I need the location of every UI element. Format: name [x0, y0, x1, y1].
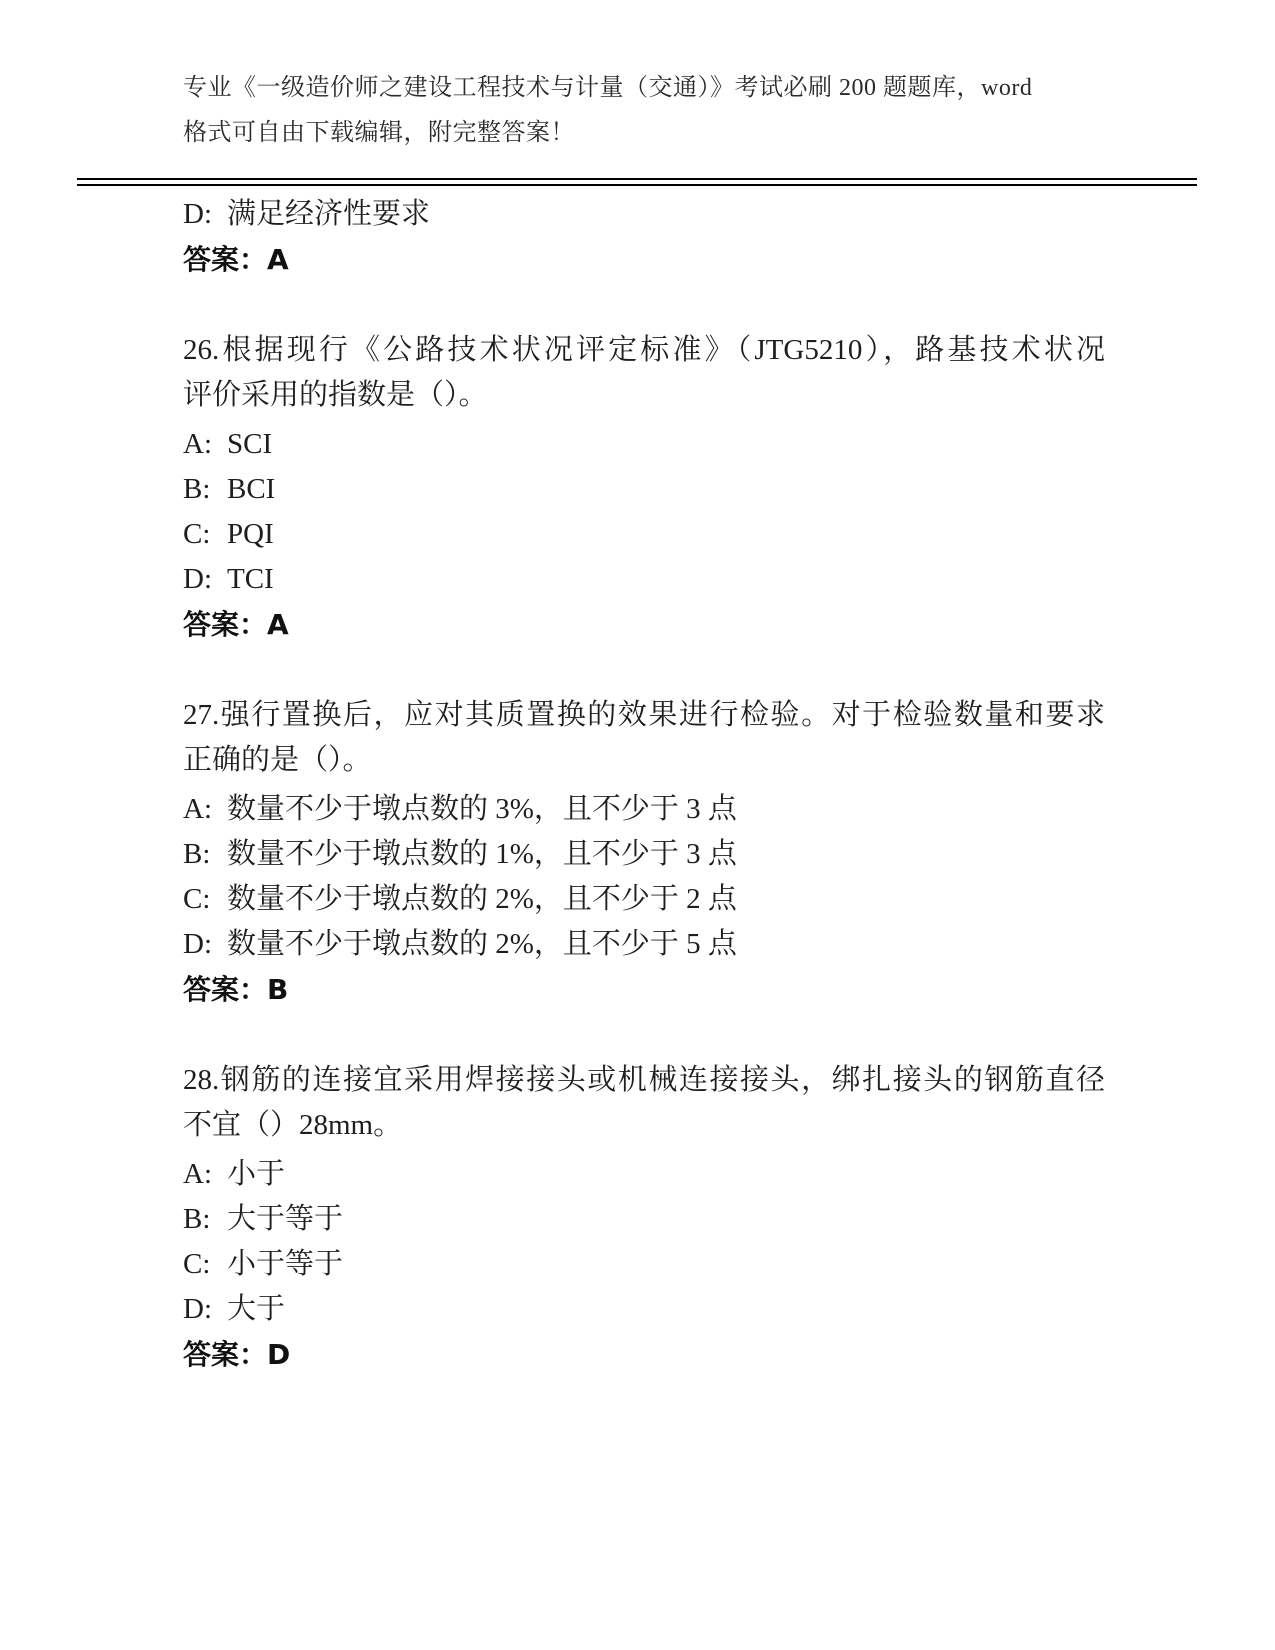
carryover-option-d: D:满足经济性要求: [183, 192, 1105, 237]
option-label: D:: [183, 922, 227, 967]
carryover-answer: 答案：A: [183, 237, 1105, 282]
option-a: A:数量不少于墩点数的 3%，且不少于 3 点: [183, 787, 1105, 832]
option-a: A:SCI: [183, 422, 1105, 467]
question-28-options: A:小于 B:大于等于 C:小于等于 D:大于: [183, 1152, 1105, 1332]
option-label: C:: [183, 877, 227, 922]
option-d: D:大于: [183, 1287, 1105, 1332]
option-label: C:: [183, 512, 227, 557]
answer-value: B: [267, 973, 288, 1006]
answer-value: D: [267, 1338, 290, 1371]
question-text-line-1: 27.强行置换后，应对其质置换的效果进行检验。对于检验数量和要求: [183, 693, 1105, 738]
option-b: B:大于等于: [183, 1197, 1105, 1242]
option-label: A:: [183, 787, 227, 832]
question-text-line-2: 评价采用的指数是（）。: [183, 373, 1105, 418]
question-text-line-2: 正确的是（）。: [183, 738, 1105, 783]
option-text: 数量不少于墩点数的 1%，且不少于 3 点: [227, 838, 737, 870]
question-28: 28.钢筋的连接宜采用焊接接头或机械连接接头，绑扎接头的钢筋直径 不宜（）28m…: [183, 1058, 1105, 1377]
option-label: A:: [183, 422, 227, 467]
option-d: D:数量不少于墩点数的 2%，且不少于 5 点: [183, 922, 1105, 967]
answer-value: A: [267, 243, 289, 276]
option-label: D:: [183, 192, 227, 237]
option-c: C:小于等于: [183, 1242, 1105, 1287]
question-26: 26.根据现行《公路技术状况评定标准》（JTG5210），路基技术状况 评价采用…: [183, 328, 1105, 647]
option-text: PQI: [227, 518, 274, 550]
question-text-line-1: 26.根据现行《公路技术状况评定标准》（JTG5210），路基技术状况: [183, 328, 1105, 373]
header-text-line-2: 格式可自由下载编辑，附完整答案！: [183, 111, 1013, 156]
option-label: D:: [183, 557, 227, 602]
header-text-line-1: 专业《一级造价师之建设工程技术与计量（交通）》考试必刷 200 题题库，word: [183, 66, 1013, 111]
option-a: A:小于: [183, 1152, 1105, 1197]
option-c: C:数量不少于墩点数的 2%，且不少于 2 点: [183, 877, 1105, 922]
answer-prefix: 答案：: [183, 1338, 267, 1371]
option-text: 数量不少于墩点数的 2%，且不少于 5 点: [227, 928, 737, 960]
question-26-answer: 答案：A: [183, 602, 1105, 647]
option-text: 数量不少于墩点数的 2%，且不少于 2 点: [227, 883, 737, 915]
option-label: B:: [183, 467, 227, 512]
option-label: C:: [183, 1242, 227, 1287]
option-text: BCI: [227, 473, 275, 505]
document-page: 专业《一级造价师之建设工程技术与计量（交通）》考试必刷 200 题题库，word…: [0, 0, 1275, 1650]
option-label: A:: [183, 1152, 227, 1197]
document-body: D:满足经济性要求 答案：A 26.根据现行《公路技术状况评定标准》（JTG52…: [183, 192, 1105, 1377]
option-text: 大于等于: [227, 1203, 343, 1235]
question-text-line-2: 不宜（）28mm。: [183, 1103, 1105, 1148]
question-27: 27.强行置换后，应对其质置换的效果进行检验。对于检验数量和要求 正确的是（）。…: [183, 693, 1105, 1012]
option-label: D:: [183, 1287, 227, 1332]
answer-prefix: 答案：: [183, 243, 267, 276]
option-text: 满足经济性要求: [227, 198, 430, 230]
answer-value: A: [267, 608, 289, 641]
question-26-options: A:SCI B:BCI C:PQI D:TCI: [183, 422, 1105, 602]
option-text: TCI: [227, 563, 274, 595]
answer-prefix: 答案：: [183, 608, 267, 641]
option-label: B:: [183, 832, 227, 877]
option-text: 小于等于: [227, 1248, 343, 1280]
page-header: 专业《一级造价师之建设工程技术与计量（交通）》考试必刷 200 题题库，word…: [183, 66, 1013, 156]
option-d: D:TCI: [183, 557, 1105, 602]
option-b: B:BCI: [183, 467, 1105, 512]
option-text: 数量不少于墩点数的 3%，且不少于 3 点: [227, 793, 737, 825]
option-b: B:数量不少于墩点数的 1%，且不少于 3 点: [183, 832, 1105, 877]
question-27-answer: 答案：B: [183, 967, 1105, 1012]
header-divider-rule: [77, 178, 1197, 186]
option-text: 小于: [227, 1158, 285, 1190]
question-28-answer: 答案：D: [183, 1332, 1105, 1377]
option-text: 大于: [227, 1293, 285, 1325]
option-c: C:PQI: [183, 512, 1105, 557]
answer-prefix: 答案：: [183, 973, 267, 1006]
question-27-options: A:数量不少于墩点数的 3%，且不少于 3 点 B:数量不少于墩点数的 1%，且…: [183, 787, 1105, 967]
question-text-line-1: 28.钢筋的连接宜采用焊接接头或机械连接接头，绑扎接头的钢筋直径: [183, 1058, 1105, 1103]
option-text: SCI: [227, 428, 272, 460]
option-label: B:: [183, 1197, 227, 1242]
